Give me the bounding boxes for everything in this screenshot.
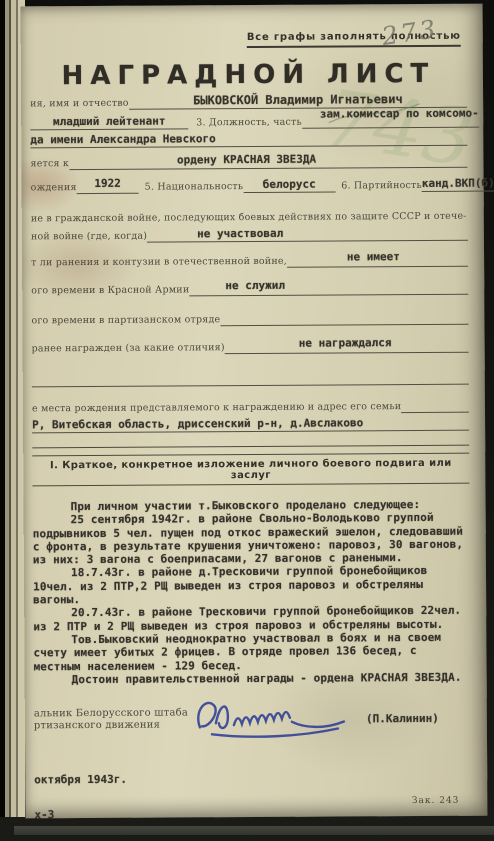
- party-label: 6. Партийность: [335, 180, 422, 193]
- birthplace-label: е места рождения представляемого к награ…: [32, 401, 401, 415]
- unit-row: да имени Александра Невского: [30, 132, 467, 149]
- birthplace-label-row: е места рождения представляемого к награ…: [32, 399, 469, 416]
- civil-war-label-row: ие в гражданской войне, последующих боев…: [31, 204, 468, 226]
- citation-paragraph: 20.7.43г. в районе Тресковичи группой бр…: [33, 604, 466, 633]
- birth-value: 1922: [94, 177, 121, 190]
- award-label: яется к: [30, 158, 69, 170]
- position-label: 3. Должность, часть: [188, 117, 302, 130]
- handwritten-signature-icon: [190, 693, 358, 740]
- birthplace-value-row: Р, Витебская область, дриссенский р-н, д…: [32, 417, 469, 434]
- position-value-2: да имени Александра Невского: [30, 132, 216, 146]
- awarded-line: не награждался: [225, 339, 469, 354]
- red-army-row: ого времени в Красной Армии не служил: [31, 281, 468, 298]
- nationality-label: 5. Национальность: [139, 181, 244, 194]
- red-army-line: не служил: [189, 281, 468, 297]
- wounds-value: не имеет: [347, 250, 400, 263]
- section-heading: I. Краткое, конкретное изложение личного…: [32, 458, 469, 483]
- award-value: ордену КРАСНАЯ ЗВЕЗДА: [177, 153, 316, 167]
- blank-line: [32, 371, 469, 388]
- position-value-1: зам.комиссар по комсомо-: [320, 107, 479, 121]
- signature-block: альник Белорусского штаба ртизанского дв…: [34, 692, 471, 747]
- unit-line: да имени Александра Невского: [30, 132, 467, 149]
- award-row: яется к ордену КРАСНАЯ ЗВЕЗДА: [30, 154, 467, 171]
- civil-war-label-2: ной войне (где, когда): [31, 231, 147, 244]
- nationality-line: белорусс: [243, 178, 335, 193]
- citation-paragraph: Тов.Быковский неоднократно участвовал в …: [33, 631, 466, 674]
- name-value: БЫКОВСКОЙ Владимир Игнатьевич: [193, 92, 403, 107]
- citation-paragraph: 18.7.43г. в районе д.Тресковичи группой …: [33, 564, 466, 607]
- nationality-value: белорусс: [263, 178, 316, 191]
- civil-war-label-1: ие в гражданской войне, последующих боев…: [31, 211, 467, 226]
- name-label: ия, имя и отчество: [30, 98, 129, 111]
- awarded-row: ранее награжден (за какие отличия) не на…: [32, 339, 469, 356]
- birth-line: 1922: [77, 180, 139, 194]
- rank-value: младший лейтенант: [53, 115, 166, 129]
- awarded-label: ранее награжден (за какие отличия): [32, 342, 225, 355]
- party-line: канд.ВКП(б): [422, 178, 494, 192]
- award-line: ордену КРАСНАЯ ЗВЕЗДА: [69, 154, 468, 170]
- birthplace-line: Р, Витебская область, дриссенский р-н, д…: [32, 417, 469, 434]
- partisan-line: [220, 311, 468, 327]
- birth-label: ождения: [31, 182, 77, 194]
- birthplace-value: Р, Витебская область, дриссенский р-н, д…: [32, 416, 363, 431]
- award-sheet-page: 273 743 Все графы заполнять полностью НА…: [21, 4, 488, 819]
- rank-line: младший лейтенант: [30, 115, 188, 130]
- signer-title: альник Белорусского штаба ртизанского дв…: [34, 708, 188, 733]
- divider-rule-3: [32, 483, 469, 487]
- document-date: октября 1943г.: [34, 773, 127, 787]
- wounds-line: не имеет: [287, 253, 468, 268]
- ref-row: х-3: [34, 801, 471, 823]
- print-order-number: Зак. 243: [412, 796, 460, 806]
- signer-name: (П.Калинин): [366, 712, 439, 725]
- civil-war-line: не участвовал: [147, 227, 468, 243]
- signer-title-line-1: альник Белорусского штаба: [34, 708, 188, 721]
- red-army-value: не служил: [225, 279, 285, 292]
- partisan-label: ого времени в партизанском отряде: [31, 314, 220, 327]
- citation-paragraph: 25 сентября 1942г. в районе Свольно-Воло…: [33, 511, 466, 567]
- citation-text: При личном участии т.Быковского проделан…: [33, 498, 471, 687]
- partisan-row: ого времени в партизанском отряде: [31, 311, 468, 328]
- party-value: канд.ВКП(б): [422, 177, 494, 190]
- reference-mark: х-3: [34, 808, 54, 821]
- birth-nationality-party-row: ождения 1922 5. Национальность белорусс …: [31, 178, 468, 195]
- red-army-label: ого времени в Красной Армии: [31, 284, 189, 297]
- divider-rule-2: [32, 453, 469, 457]
- awarded-value: не награждался: [299, 336, 392, 350]
- page-content: 273 743 Все графы заполнять полностью НА…: [21, 4, 488, 819]
- birthplace-label-line: [401, 399, 469, 413]
- blank-row: [32, 371, 469, 388]
- date-row: октября 1943г.: [34, 766, 471, 788]
- document-title: НАГРАДНОЙ ЛИСТ: [30, 59, 467, 92]
- wounds-label: т ли ранения и контузии в отечественной …: [31, 256, 287, 270]
- civil-war-row: ной войне (где, когда) не участвовал: [31, 227, 468, 244]
- divider-rule-1: [32, 445, 469, 449]
- scan-background: 273 743 Все графы заполнять полностью НА…: [0, 0, 494, 841]
- signer-title-line-2: ртизанского движения: [34, 720, 188, 733]
- underlying-page-edge: [14, 826, 494, 835]
- citation-paragraph: Достоин правительственной награды - орде…: [34, 671, 467, 687]
- wounds-row: т ли ранения и контузии в отечественной …: [31, 253, 468, 270]
- civil-war-value: не участвовал: [197, 227, 283, 241]
